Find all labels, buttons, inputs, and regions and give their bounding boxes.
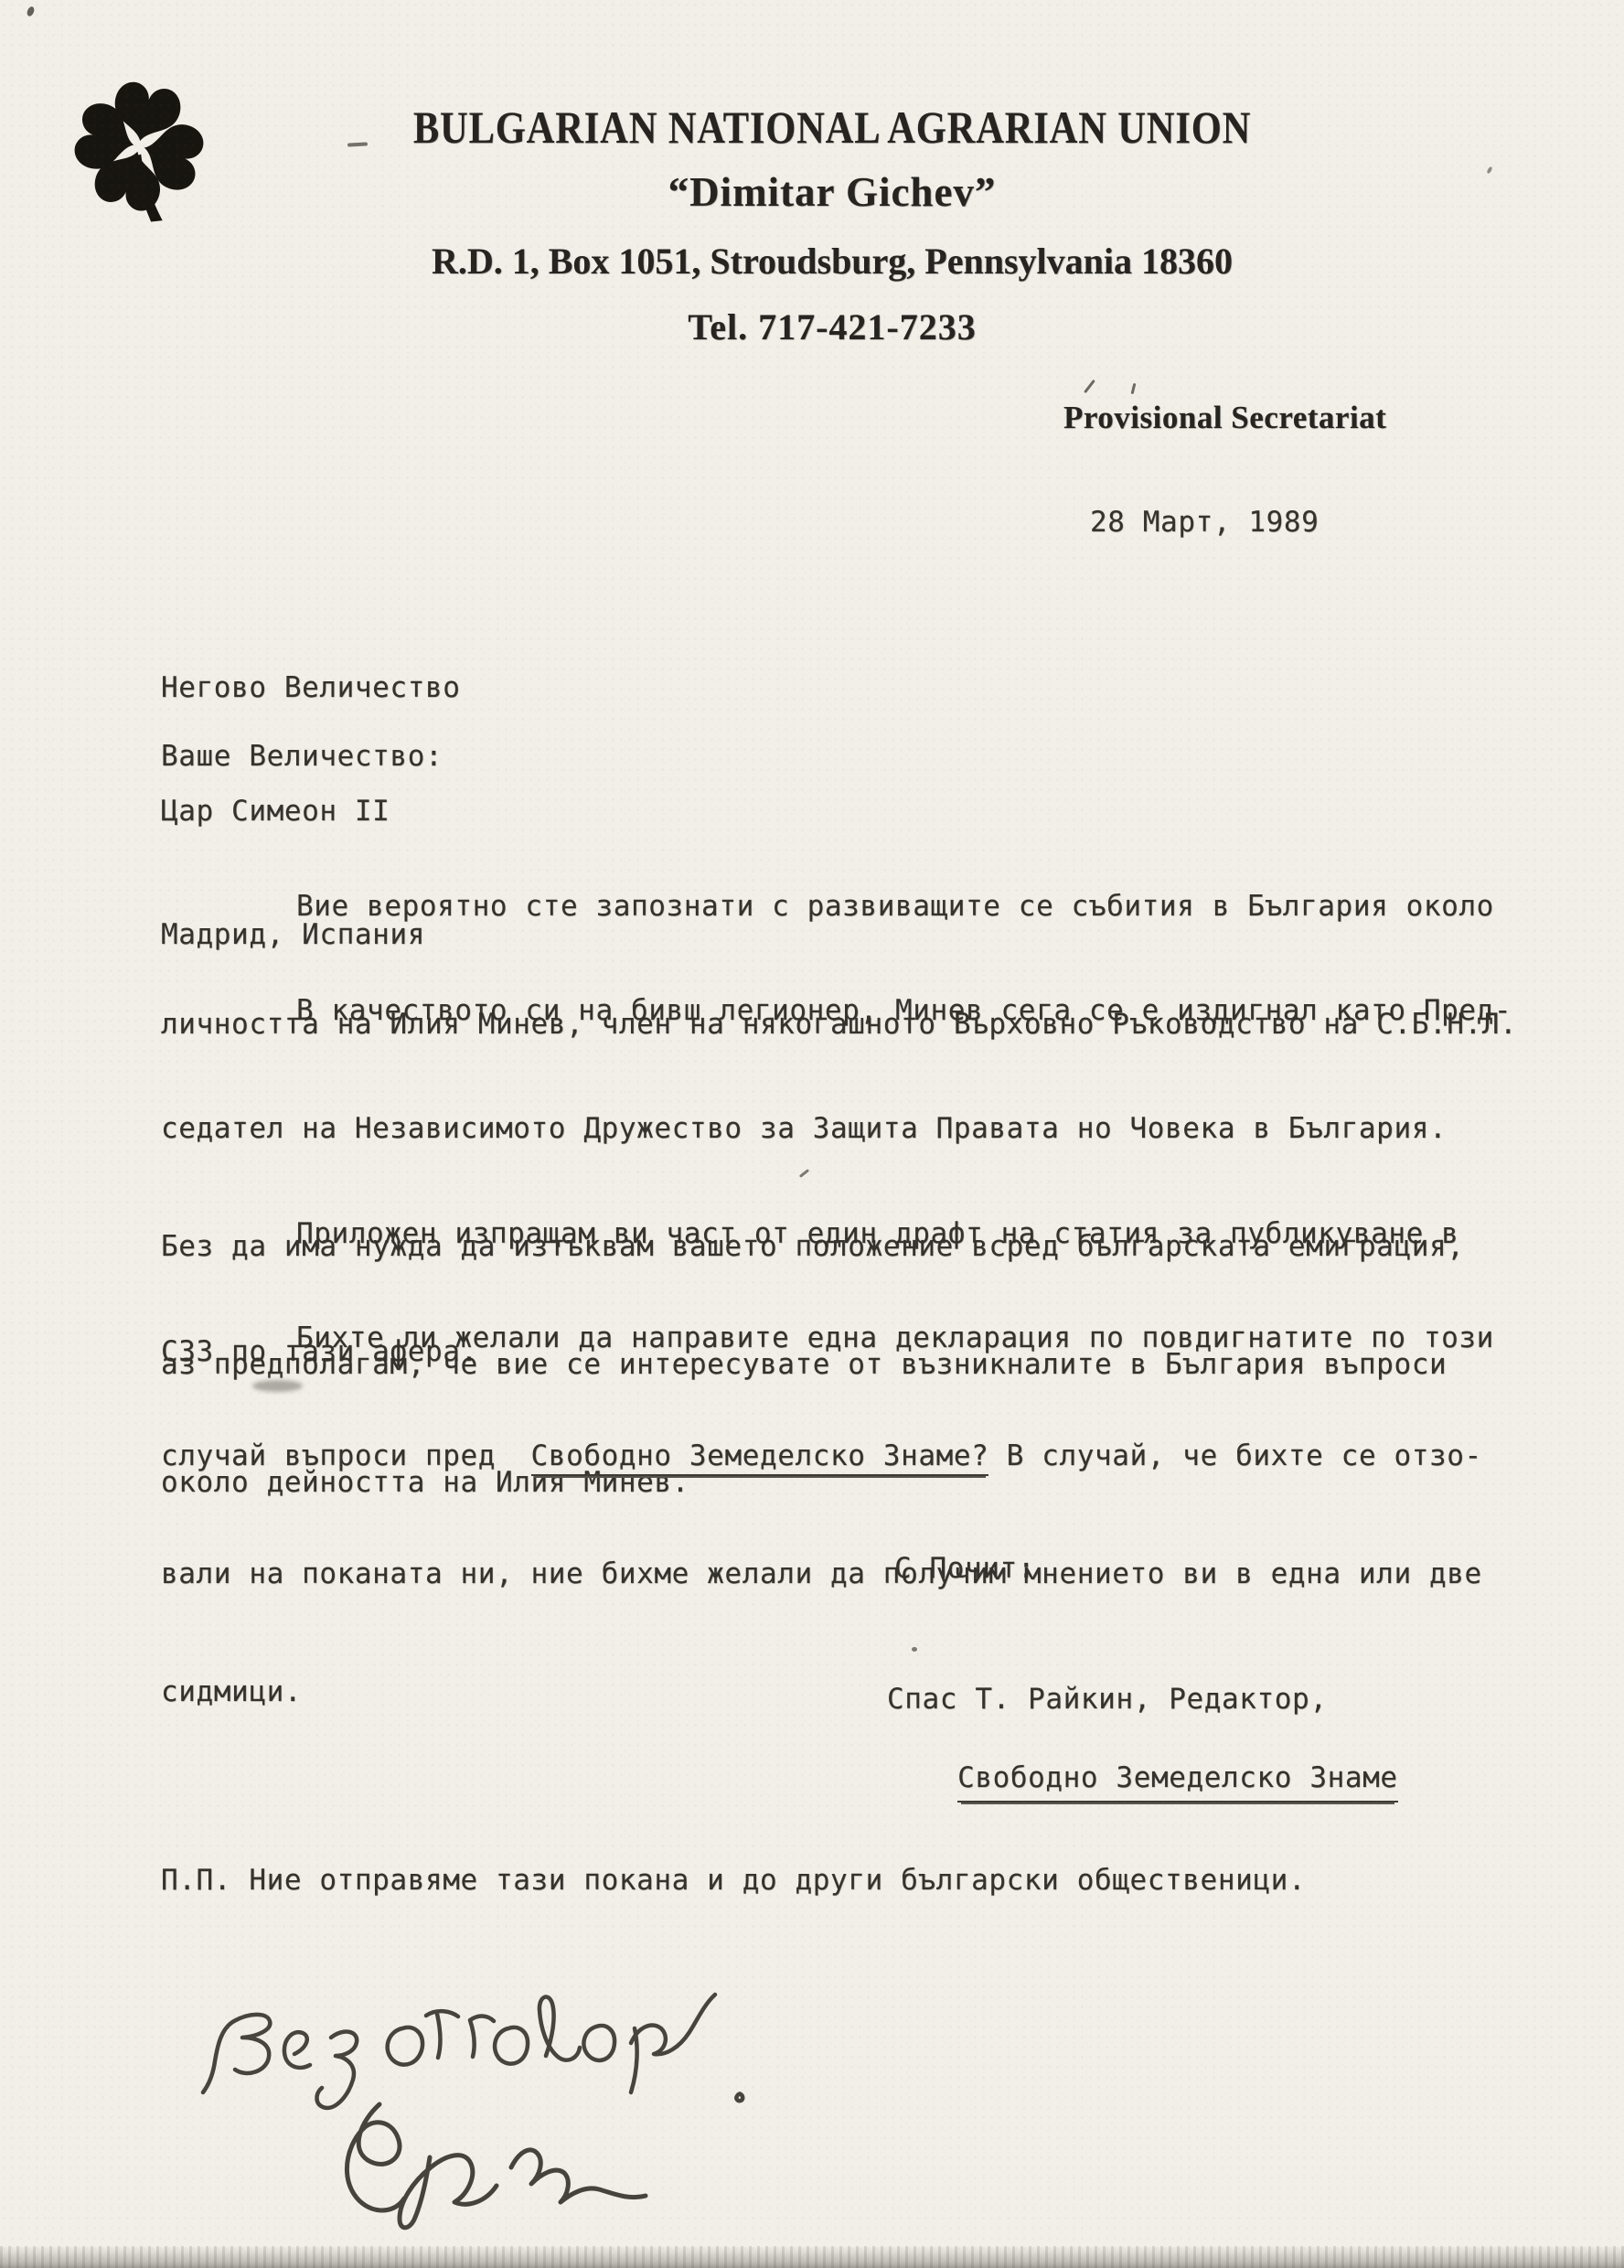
body-line: Бихте ли желали да направите една деклар… bbox=[161, 1319, 1494, 1358]
handwritten-note bbox=[101, 1926, 905, 2268]
recipient-line: Негово Величество bbox=[161, 668, 460, 709]
org-phone: Tel. 717-421-7233 bbox=[183, 305, 1481, 348]
handwriting-word-otgovor bbox=[388, 1995, 743, 2101]
underlined-signer-org: Свободно Земеделско Знаме bbox=[957, 1759, 1398, 1803]
salutation: Ваше Величество: bbox=[161, 737, 443, 776]
scanned-letter-page: BULGARIAN NATIONAL AGRARIAN UNION “Dimit… bbox=[0, 0, 1624, 2268]
org-address: R.D. 1, Box 1051, Stroudsburg, Pennsylva… bbox=[183, 240, 1481, 283]
body-line: вали на поканата ни, ние бихме желали да… bbox=[161, 1555, 1494, 1594]
signature-scribble bbox=[347, 2104, 646, 2228]
signer-org: Свободно Земеделско Знаме bbox=[887, 1719, 1398, 1842]
ink-speck-top-left bbox=[26, 5, 36, 17]
body-line: случай въпроси пред Свободно Земеделско … bbox=[161, 1437, 1494, 1476]
org-name: BULGARIAN NATIONAL AGRARIAN UNION bbox=[281, 101, 1384, 154]
office-line: Provisional Secretariat bbox=[1063, 400, 1386, 436]
ink-speck-right bbox=[1486, 166, 1492, 175]
signer-name: Спас Т. Райкин, Редактор, bbox=[887, 1680, 1328, 1719]
handwriting-strokes bbox=[101, 1926, 905, 2268]
pen-mark-above-secretariat-1 bbox=[1084, 380, 1095, 393]
scan-bottom-edge bbox=[0, 2246, 1624, 2268]
valediction: С Почит: bbox=[894, 1549, 1035, 1589]
underlined-newspaper-name: Свободно Земеделско Знаме? bbox=[531, 1439, 989, 1476]
postscript: П.П. Ние отправяме тази покана и до друг… bbox=[161, 1861, 1306, 1900]
body-line-segment: случай въпроси пред bbox=[161, 1439, 531, 1472]
pen-mark-above-secretariat-2 bbox=[1131, 383, 1137, 394]
handwriting-word-bez bbox=[203, 2015, 357, 2108]
org-subtitle: “Dimitar Gichev” bbox=[183, 168, 1481, 216]
body-line: В качеството си на бивш легионер, Минев … bbox=[161, 991, 1512, 1031]
date-line: 28 Март, 1989 bbox=[1090, 503, 1319, 542]
body-line-segment: В случай, че бихте се отзо- bbox=[988, 1439, 1481, 1472]
